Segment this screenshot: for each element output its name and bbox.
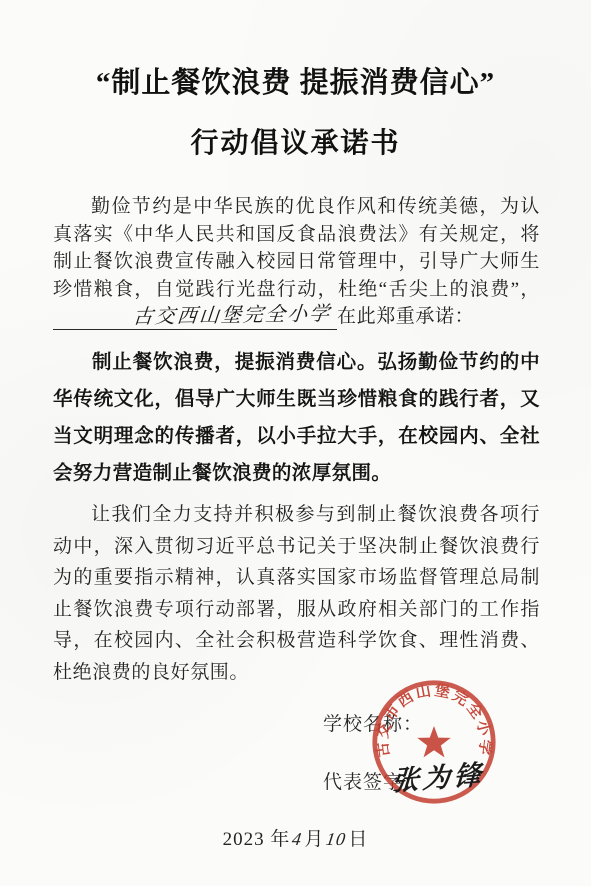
- date-line: 2023 年4月10日: [0, 824, 591, 851]
- paragraph-intro: 勤俭节约是中华民族的优良作风和传统美德，为认真落实《中华人民共和国反食品浪费法》…: [53, 193, 540, 331]
- seal-star-icon: [417, 726, 450, 757]
- paragraph-intro-text: 勤俭节约是中华民族的优良作风和传统美德，为认真落实《中华人民共和国反食品浪费法》…: [53, 196, 540, 300]
- document-title: “制止餐饮浪费 提振消费信心”: [0, 60, 591, 101]
- scanned-pledge-document: “制止餐饮浪费 提振消费信心” 行动倡议承诺书 勤俭节约是中华民族的优良作风和传…: [0, 0, 591, 886]
- date-day-handwriting: 10: [323, 829, 350, 850]
- school-name-handwriting: 古交西山堡完全小学: [94, 303, 332, 329]
- date-year: 2023 年: [223, 829, 291, 850]
- paragraph-action: 让我们全力支持并积极参与到制止餐饮浪费各项行动中，深入贯彻习近平总书记关于坚决制…: [53, 499, 540, 688]
- date-day-unit: 日: [348, 829, 368, 850]
- paragraph-intro-tail: 在此郑重承诺：: [337, 306, 474, 327]
- representative-signature-handwriting: 张为锋: [391, 753, 487, 799]
- date-month-unit: 月: [304, 829, 324, 850]
- paragraph-pledge-bold: 制止餐饮浪费，提振消费信心。弘扬勤俭节约的中华传统文化，倡导广大师生既当珍惜粮食…: [53, 344, 540, 492]
- school-name-blank: 古交西山堡完全小学: [53, 305, 337, 330]
- document-subtitle: 行动倡议承诺书: [0, 121, 591, 161]
